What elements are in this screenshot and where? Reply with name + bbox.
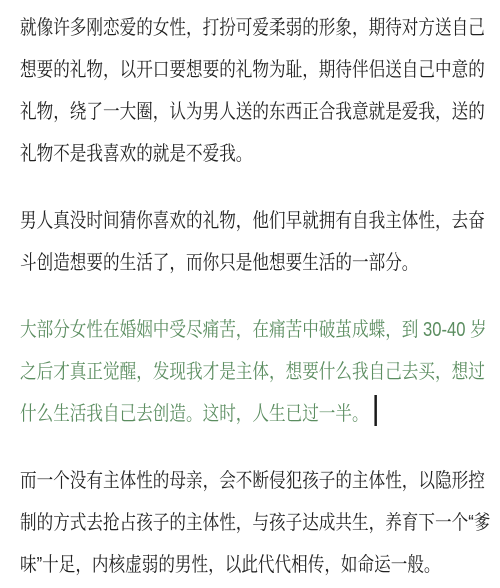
text-line: 味”十足，内核虚弱的男性，以此代代相传，如命运一般。 [20, 544, 402, 586]
text-line: 斗创造想要的生活了，而你只是他想要生活的一部分。 [20, 242, 402, 284]
text-line-content: 而一个没有主体性的母亲，会不断侵犯孩子的主体性，以隐形控 [20, 470, 485, 492]
text-line-content: 想要的礼物，以开口要想要的礼物为耻，期待伴侣送自己中意的 [20, 59, 485, 81]
text-line: 就像许多刚恋爱的女性，打扮可爱柔弱的形象，期待对方送自己 [20, 7, 402, 49]
text-line: 而一个没有主体性的母亲，会不断侵犯孩子的主体性，以隐形控 [20, 460, 402, 502]
text-line: 礼物不是我喜欢的就是不爱我。 [20, 133, 402, 175]
text-line: 什么生活我自己去创造。这时，人生已过一半。 [20, 393, 402, 435]
note-editor[interactable]: 就像许多刚恋爱的女性，打扮可爱柔弱的形象，期待对方送自己想要的礼物，以开口要想要… [0, 0, 500, 588]
text-cursor [374, 395, 376, 426]
text-line-content: 斗创造想要的生活了，而你只是他想要生活的一部分。 [20, 252, 418, 274]
text-line: 想要的礼物，以开口要想要的礼物为耻，期待伴侣送自己中意的 [20, 49, 402, 91]
text-line: 礼物，绕了一大圈，认为男人送的东西正合我意就是爱我，送的 [20, 91, 402, 133]
text-line-content: 男人真没时间猜你喜欢的礼物，他们早就拥有自我主体性，去奋 [20, 210, 485, 232]
paragraph-highlighted: 大部分女性在婚姻中受尽痛苦，在痛苦中破茧成蝶，到 30-40 岁之后才真正觉醒，… [20, 309, 480, 435]
text-line-content: 礼物，绕了一大圈，认为男人送的东西正合我意就是爱我，送的 [20, 101, 485, 123]
text-line-content: 礼物不是我喜欢的就是不爱我。 [20, 143, 252, 165]
text-line-content: 就像许多刚恋爱的女性，打扮可爱柔弱的形象，期待对方送自己 [20, 17, 485, 39]
paragraph: 就像许多刚恋爱的女性，打扮可爱柔弱的形象，期待对方送自己想要的礼物，以开口要想要… [20, 7, 480, 175]
text-line: 制的方式去抢占孩子的主体性，与孩子达成共生，养育下一个“爹 [20, 502, 402, 544]
text-line-content: 味”十足，内核虚弱的男性，以此代代相传，如命运一般。 [20, 554, 441, 576]
text-line: 之后才真正觉醒，发现我才是主体，想要什么我自己去买，想过 [20, 351, 402, 393]
paragraph: 而一个没有主体性的母亲，会不断侵犯孩子的主体性，以隐形控制的方式去抢占孩子的主体… [20, 460, 480, 586]
text-line: 大部分女性在婚姻中受尽痛苦，在痛苦中破茧成蝶，到 30-40 岁 [20, 309, 402, 351]
text-line-content: 制的方式去抢占孩子的主体性，与孩子达成共生，养育下一个“爹 [20, 512, 490, 534]
text-line-content: 大部分女性在婚姻中受尽痛苦，在痛苦中破茧成蝶，到 30-40 岁 [20, 319, 487, 341]
text-line: 男人真没时间猜你喜欢的礼物，他们早就拥有自我主体性，去奋 [20, 200, 402, 242]
paragraph: 男人真没时间猜你喜欢的礼物，他们早就拥有自我主体性，去奋斗创造想要的生活了，而你… [20, 200, 480, 284]
text-line-content: 之后才真正觉醒，发现我才是主体，想要什么我自己去买，想过 [20, 361, 485, 383]
text-line-content: 什么生活我自己去创造。这时，人生已过一半。 [20, 403, 369, 425]
